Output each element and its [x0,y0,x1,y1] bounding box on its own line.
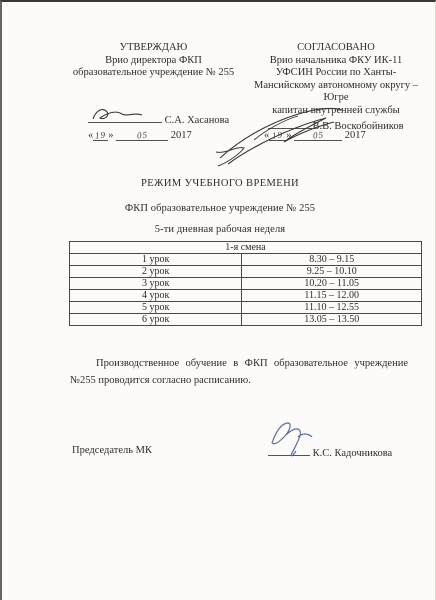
lesson-cell: 4 урок [70,290,242,302]
agree-date-row: «19» 05 2017 [264,130,366,141]
time-cell: 10.20 – 11.05 [242,278,422,290]
time-cell: 11.10 – 12.55 [242,302,422,314]
table-row: 4 урок 11.15 – 12.00 [70,290,422,302]
table-row: 2 урок 9.25 – 10.10 [70,266,422,278]
agree-date-year: 2017 [345,130,366,141]
approve-block: УТВЕРЖДАЮ Врио директора ФКП образовател… [46,42,261,80]
shift-header: 1-я смена [70,242,422,254]
signature-underline [268,118,312,129]
document-subtitle: ФКП образовательное учреждение № 255 [2,203,436,214]
agree-line: Мансийскому автономному округу – [235,80,436,93]
schedule-table: 1-я смена 1 урок 8.30 – 9.15 2 урок 9.25… [69,241,422,326]
approve-line: образовательное учреждение № 255 [46,67,261,80]
approve-line: Врио директора ФКП [46,55,261,68]
signature-underline [88,112,162,123]
table-row: 3 урок 10.20 – 11.05 [70,278,422,290]
table-row: 1 урок 8.30 – 9.15 [70,254,422,266]
footer-signer-name: К.С. Кадочникова [313,448,393,459]
time-cell: 9.25 – 10.10 [242,266,422,278]
time-cell: 13.05 – 13.50 [242,314,422,326]
approve-heading: УТВЕРЖДАЮ [46,42,261,55]
document-title: РЕЖИМ УЧЕБНОГО ВРЕМЕНИ [2,178,436,189]
quote-close: » [108,130,113,141]
khasanova-signature-icon [90,106,146,124]
approve-signer-name: С.А. Хасанова [165,115,230,126]
table-header-row: 1-я смена [70,242,422,254]
approve-date-month: 05 [136,130,148,141]
time-cell: 11.15 – 12.00 [242,290,422,302]
scanned-document-page: УТВЕРЖДАЮ Врио директора ФКП образовател… [0,0,436,600]
quote-close: » [286,130,291,141]
approve-date-day: 19 [95,130,107,141]
agree-date-day: 19 [272,130,284,141]
lesson-cell: 6 урок [70,314,242,326]
footer-role: Председатель МК [72,445,152,456]
approve-date-row: «19» 05 2017 [88,130,192,141]
lesson-cell: 1 урок [70,254,242,266]
approve-date-year: 2017 [171,130,192,141]
table-row: 6 урок 13.05 – 13.50 [70,314,422,326]
signature-underline [268,445,310,456]
lesson-cell: 3 урок [70,278,242,290]
body-paragraph: Производственное обучение в ФКП образова… [70,355,408,389]
agree-line: УФСИН России по Ханты- [235,67,436,80]
approve-signature-row: С.А. Хасанова [88,112,229,126]
lesson-cell: 5 урок [70,302,242,314]
document-subtitle2: 5-ти дневная рабочая неделя [2,224,436,235]
kadochnikova-signature-icon [264,419,316,459]
table-row: 5 урок 11.10 – 12.55 [70,302,422,314]
agree-line: Врио начальника ФКУ ИК-11 [235,55,436,68]
time-cell: 8.30 – 9.15 [242,254,422,266]
agree-date-month: 05 [312,130,324,141]
footer-signature-row: К.С. Кадочникова [268,445,392,459]
agree-block: СОГЛАСОВАНО Врио начальника ФКУ ИК-11 УФ… [235,42,436,133]
agree-line: Югре [235,92,436,105]
agree-heading: СОГЛАСОВАНО [235,42,436,55]
agree-line: капитан внутренней службы [235,105,436,118]
lesson-cell: 2 урок [70,266,242,278]
